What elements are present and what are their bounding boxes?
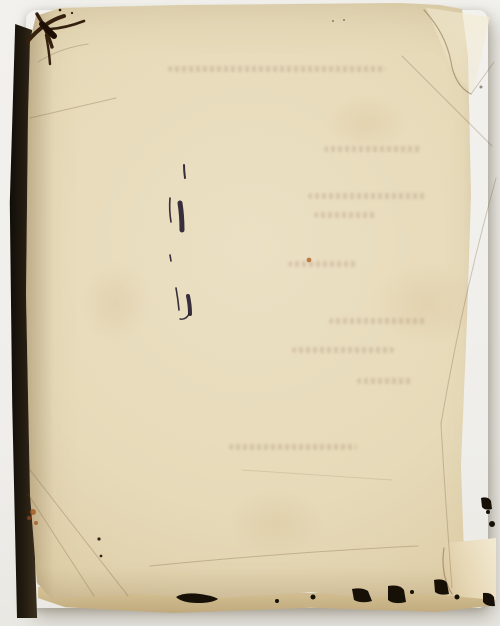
paper-page <box>26 3 497 612</box>
ghost-ink-offset <box>288 261 356 267</box>
ghost-ink-offset <box>324 146 422 152</box>
ghost-ink-offset <box>292 347 394 353</box>
ghost-ink-offset <box>329 318 426 324</box>
ghost-ink-offset <box>168 66 386 72</box>
ghost-ink-offset <box>357 378 411 384</box>
scanned-document-photo: (4) 4 There was a young Major called Hol… <box>0 0 500 626</box>
ghost-ink-offset <box>229 444 357 450</box>
curled-corner-bottom-right <box>438 538 496 600</box>
ghost-ink-offset <box>314 212 376 218</box>
ghost-ink-offset <box>308 193 426 199</box>
